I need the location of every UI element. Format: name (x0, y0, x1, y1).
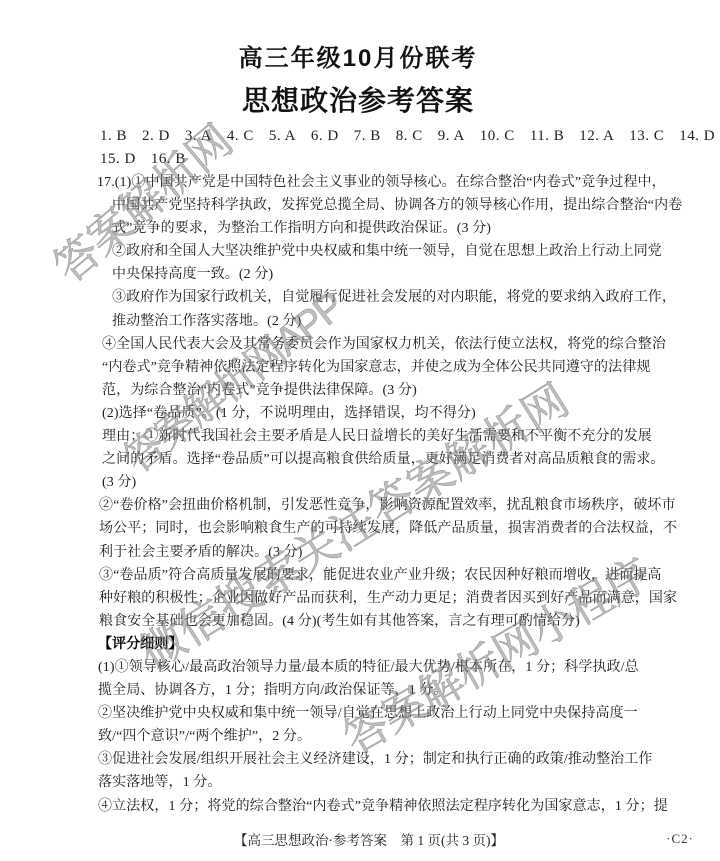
body-line: ②政府和全国人大坚决维护党中央权威和集中统一领导，自觉在思想上政治上行动上同党 (112, 240, 657, 263)
answer-item: 2. D (142, 128, 170, 145)
answer-item: 9. A (438, 128, 465, 145)
body-line: ③“卷品质”符合高质量发展的要求，能促进农业产业升级；农民因种好粮而增收，进而提… (99, 564, 657, 587)
answer-item: 1. B (100, 128, 127, 145)
objective-answers-row1: 1. B 2. D 3. A 4. C 5. A 6. D 7. B 8. C … (100, 128, 720, 145)
paper-code: ·C2· (666, 831, 694, 847)
body-line: 粮食安全基础也会更加稳固。(4 分)(考生如有其他答案，言之有理可酌情给分) (99, 610, 657, 633)
answer-item: 3. A (185, 128, 212, 145)
body-line: 落实落地等，1 分。 (98, 771, 657, 794)
answer-item: 13. C (629, 128, 664, 145)
body-line: (3 分) (102, 471, 657, 494)
answer-item: 4. C (227, 128, 254, 145)
body-line: 中央保持高度一致。(2 分) (112, 263, 657, 286)
answer-body: 17.(1)①中国共产党是中国特色社会主义事业的领导核心。在综合整治“内卷式”竞… (97, 171, 657, 818)
body-line: (1)①领导核心/最高政治领导力量/最本质的特征/最大优势/根本所在，1 分；科… (98, 656, 657, 679)
subject-title: 思想政治参考答案 (0, 79, 716, 119)
answer-item: 12. A (579, 128, 614, 145)
body-line: 范，为综合整治“内卷式”竞争提供法律保障。(3 分) (102, 379, 657, 402)
body-line: 致/“四个意识”/“两个维护”，2 分。 (98, 725, 657, 748)
body-line: 利于社会主要矛盾的解决。(3 分) (99, 541, 657, 564)
body-line: 17.(1)①中国共产党是中国特色社会主义事业的领导核心。在综合整治“内卷式”竞… (97, 171, 657, 194)
scoring-rules-heading: 【评分细则】 (98, 633, 657, 656)
body-line: ③政府作为国家行政机关，自觉履行促进社会发展的对内职能，将党的要求纳入政府工作， (112, 286, 657, 309)
body-line: 中国共产党坚持科学执政，发挥党总揽全局、协调各方的领导核心作用，提出综合整治“内… (112, 194, 657, 217)
answer-item: 14. D (679, 128, 715, 145)
body-line: ②“卷价格”会扭曲价格机制，引发恶性竞争，影响资源配置效率，扰乱粮食市场秩序，破… (99, 494, 657, 517)
body-line: ④全国人民代表大会及其常务委员会作为国家权力机关，依法行使立法权，将党的综合整治 (102, 333, 657, 356)
body-line: ④立法权，1 分；将党的综合整治“内卷式”竞争精神依照法定程序转化为国家意志，1… (98, 795, 657, 818)
answer-item: 5. A (269, 128, 296, 145)
header: 高三年级10月份联考 思想政治参考答案 (0, 38, 716, 119)
body-line: 之间的矛盾。选择“卷品质”可以提高粮食供给质量，更好满足消费者对高品质粮食的需求… (102, 448, 657, 471)
answer-item: 15. D (100, 151, 136, 168)
body-line: 式”竞争的要求，为整治工作指明方向和提供政治保证。(3 分) (112, 217, 657, 240)
body-line: 种好粮的积极性；企业因做好产品而获利，生产动力更足；消费者因买到好产品而满意，国… (99, 587, 657, 610)
body-line: ③促进社会发展/组织开展社会主义经济建设，1 分；制定和执行正确的政策/推动整治… (98, 748, 657, 771)
answer-item: 8. C (396, 128, 423, 145)
answer-item: 11. B (530, 128, 564, 145)
document-page: 答案解析网 答案解析网APP 微信搜索关注答案解析网 答案解析网小程序 高三年级… (0, 0, 720, 861)
body-line: 场公平；同时，也会影响粮食生产的可持续发展，降低产品质量，损害消费者的合法权益，… (99, 517, 657, 540)
body-line: 揽全局、协调各方，1 分；指明方向/政治保证等，1 分。 (98, 679, 657, 702)
answer-item: 6. D (311, 128, 339, 145)
objective-answers-row2: 15. D 16. B (100, 151, 201, 168)
exam-title: 高三年级10月份联考 (0, 38, 716, 73)
body-line: 推动整治工作落实落地。(2 分) (112, 310, 657, 333)
body-line: “内卷式”竞争精神依照法定程序转化为国家意志，并使之成为全体公民共同遵守的法律规 (102, 356, 657, 379)
body-line: (2)选择“卷品质”。(1 分，不说明理由，选择错误，均不得分) (102, 402, 657, 425)
answer-item: 7. B (354, 128, 381, 145)
page-footer: 【高三思想政治·参考答案 第 1 页(共 3 页)】 (234, 829, 504, 849)
answer-item: 16. B (151, 151, 186, 168)
body-line: 理由：①新时代我国社会主要矛盾是人民日益增长的美好生活需要和不平衡不充分的发展 (102, 425, 657, 448)
body-line: ②坚决维护党中央权威和集中统一领导/自觉在思想上政治上行动上同党中央保持高度一 (98, 702, 657, 725)
answer-item: 10. C (480, 128, 515, 145)
